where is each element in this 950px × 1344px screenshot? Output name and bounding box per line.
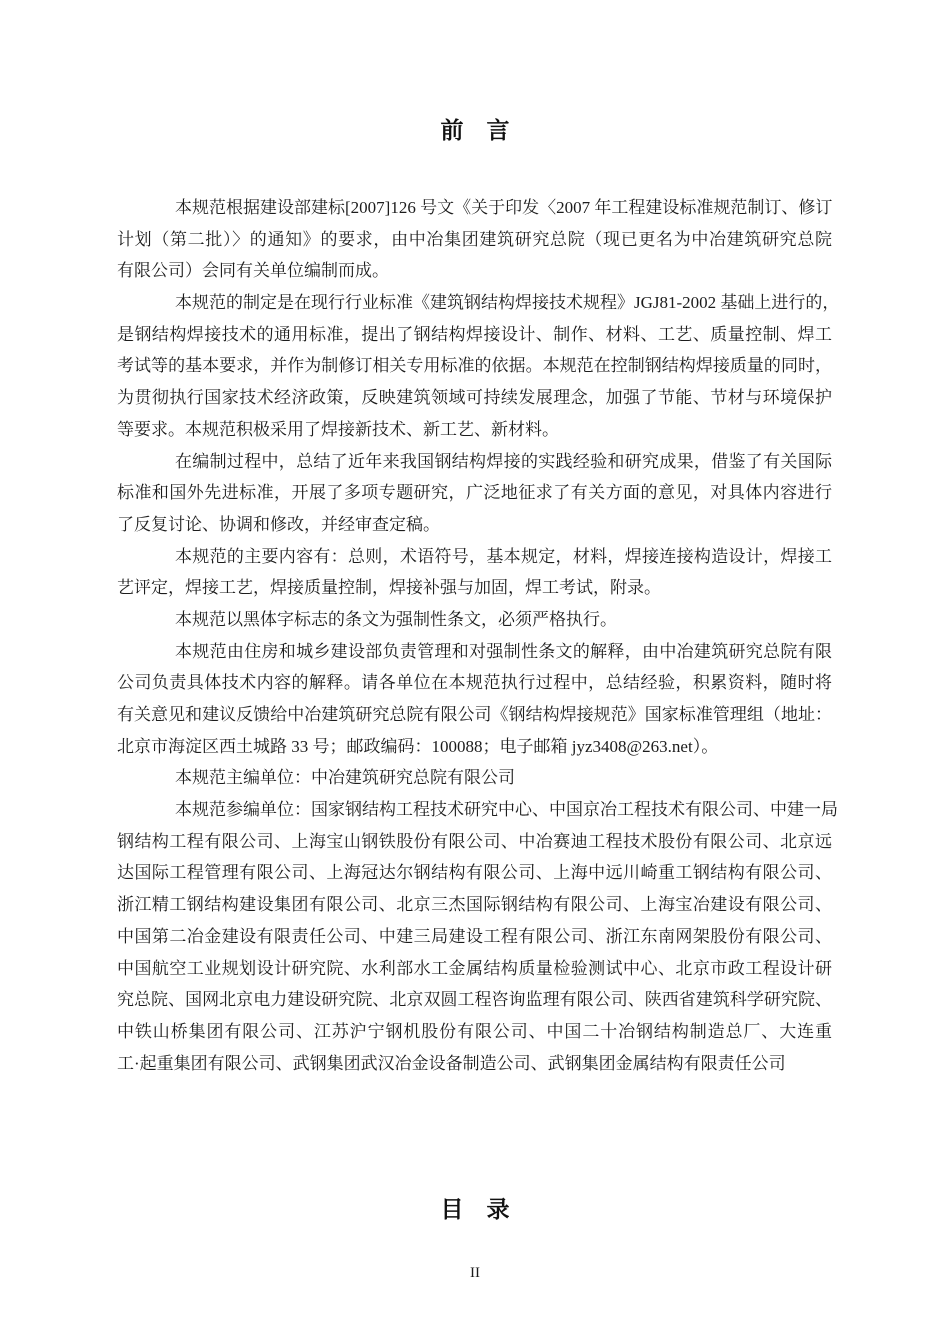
paragraph-line: 考试等的基本要求，并作为制修订相关专用标准的依据。本规范在控制钢结构焊接质量的同… [117, 350, 832, 382]
paragraph-line: 本规范的制定是在现行行业标准《建筑钢结构焊接技术规程》JGJ81-2002 基础… [117, 287, 832, 319]
document-page: 前 言 本规范根据建设部建标[2007]126 号文《关于印发〈2007 年工程… [0, 0, 950, 1344]
paragraph-line: 本规范由住房和城乡建设部负责管理和对强制性条文的解释，由中冶建筑研究总院有限 [117, 636, 832, 668]
paragraph-line: 有关意见和建议反馈给中冶建筑研究总院有限公司《钢结构焊接规范》国家标准管理组（地… [117, 699, 832, 731]
foreword-title: 前 言 [0, 117, 950, 144]
paragraph-line: 中铁山桥集团有限公司、江苏沪宁钢机股份有限公司、中国二十冶钢结构制造总厂、大连重 [117, 1016, 832, 1048]
paragraph-line: 中国第二冶金建设有限责任公司、中建三局建设工程有限公司、浙江东南网架股份有限公司… [117, 921, 832, 953]
paragraph-line: 为贯彻执行国家技术经济政策，反映建筑领域可持续发展理念，加强了节能、节材与环境保… [117, 382, 832, 414]
paragraph-line: 公司负责具体技术内容的解释。请各单位在本规范执行过程中，总结经验，积累资料，随时… [117, 667, 832, 699]
paragraph-line: 本规范根据建设部建标[2007]126 号文《关于印发〈2007 年工程建设标准… [117, 192, 832, 224]
document-body: 本规范根据建设部建标[2007]126 号文《关于印发〈2007 年工程建设标准… [117, 192, 832, 1079]
paragraph-line: 等要求。本规范积极采用了焊接新技术、新工艺、新材料。 [117, 414, 832, 446]
paragraph-line: 本规范以黑体字标志的条文为强制性条文，必须严格执行。 [117, 604, 832, 636]
paragraph-line: 达国际工程管理有限公司、上海冠达尔钢结构有限公司、上海中远川崎重工钢结构有限公司… [117, 857, 832, 889]
paragraph-line: 标准和国外先进标准，开展了多项专题研究，广泛地征求了有关方面的意见，对具体内容进… [117, 477, 832, 509]
paragraph-line: 钢结构工程有限公司、上海宝山钢铁股份有限公司、中冶赛迪工程技术股份有限公司、北京… [117, 826, 832, 858]
paragraph-line: 有限公司）会同有关单位编制而成。 [117, 255, 832, 287]
paragraph-line: 本规范参编单位：国家钢结构工程技术研究中心、中国京冶工程技术有限公司、中建一局 [117, 794, 832, 826]
paragraph-line: 了反复讨论、协调和修改，并经审查定稿。 [117, 509, 832, 541]
page-number: II [0, 1264, 950, 1282]
paragraph-line: 究总院、国网北京电力建设研究院、北京双圆工程咨询监理有限公司、陕西省建筑科学研究… [117, 984, 832, 1016]
paragraph-line: 工·起重集团有限公司、武钢集团武汉冶金设备制造公司、武钢集团金属结构有限责任公司 [117, 1048, 832, 1080]
paragraph-line: 本规范的主要内容有：总则，术语符号，基本规定，材料，焊接连接构造设计，焊接工 [117, 541, 832, 573]
paragraph-line: 艺评定，焊接工艺，焊接质量控制，焊接补强与加固，焊工考试，附录。 [117, 572, 832, 604]
paragraph-line: 中国航空工业规划设计研究院、水利部水工金属结构质量检验测试中心、北京市政工程设计… [117, 953, 832, 985]
paragraph-line: 本规范主编单位：中冶建筑研究总院有限公司 [117, 762, 832, 794]
paragraph-line: 浙江精工钢结构建设集团有限公司、北京三杰国际钢结构有限公司、上海宝冶建设有限公司… [117, 889, 832, 921]
paragraph-line: 北京市海淀区西土城路 33 号；邮政编码：100088；电子邮箱 jyz3408… [117, 731, 832, 763]
toc-heading: 目 录 [0, 1196, 950, 1223]
paragraph-line: 在编制过程中，总结了近年来我国钢结构焊接的实践经验和研究成果，借鉴了有关国际 [117, 446, 832, 478]
paragraph-line: 计划（第二批）〉的通知》的要求，由中冶集团建筑研究总院（现已更名为中冶建筑研究总… [117, 224, 832, 256]
paragraph-line: 是钢结构焊接技术的通用标准，提出了钢结构焊接设计、制作、材料、工艺、质量控制、焊… [117, 319, 832, 351]
